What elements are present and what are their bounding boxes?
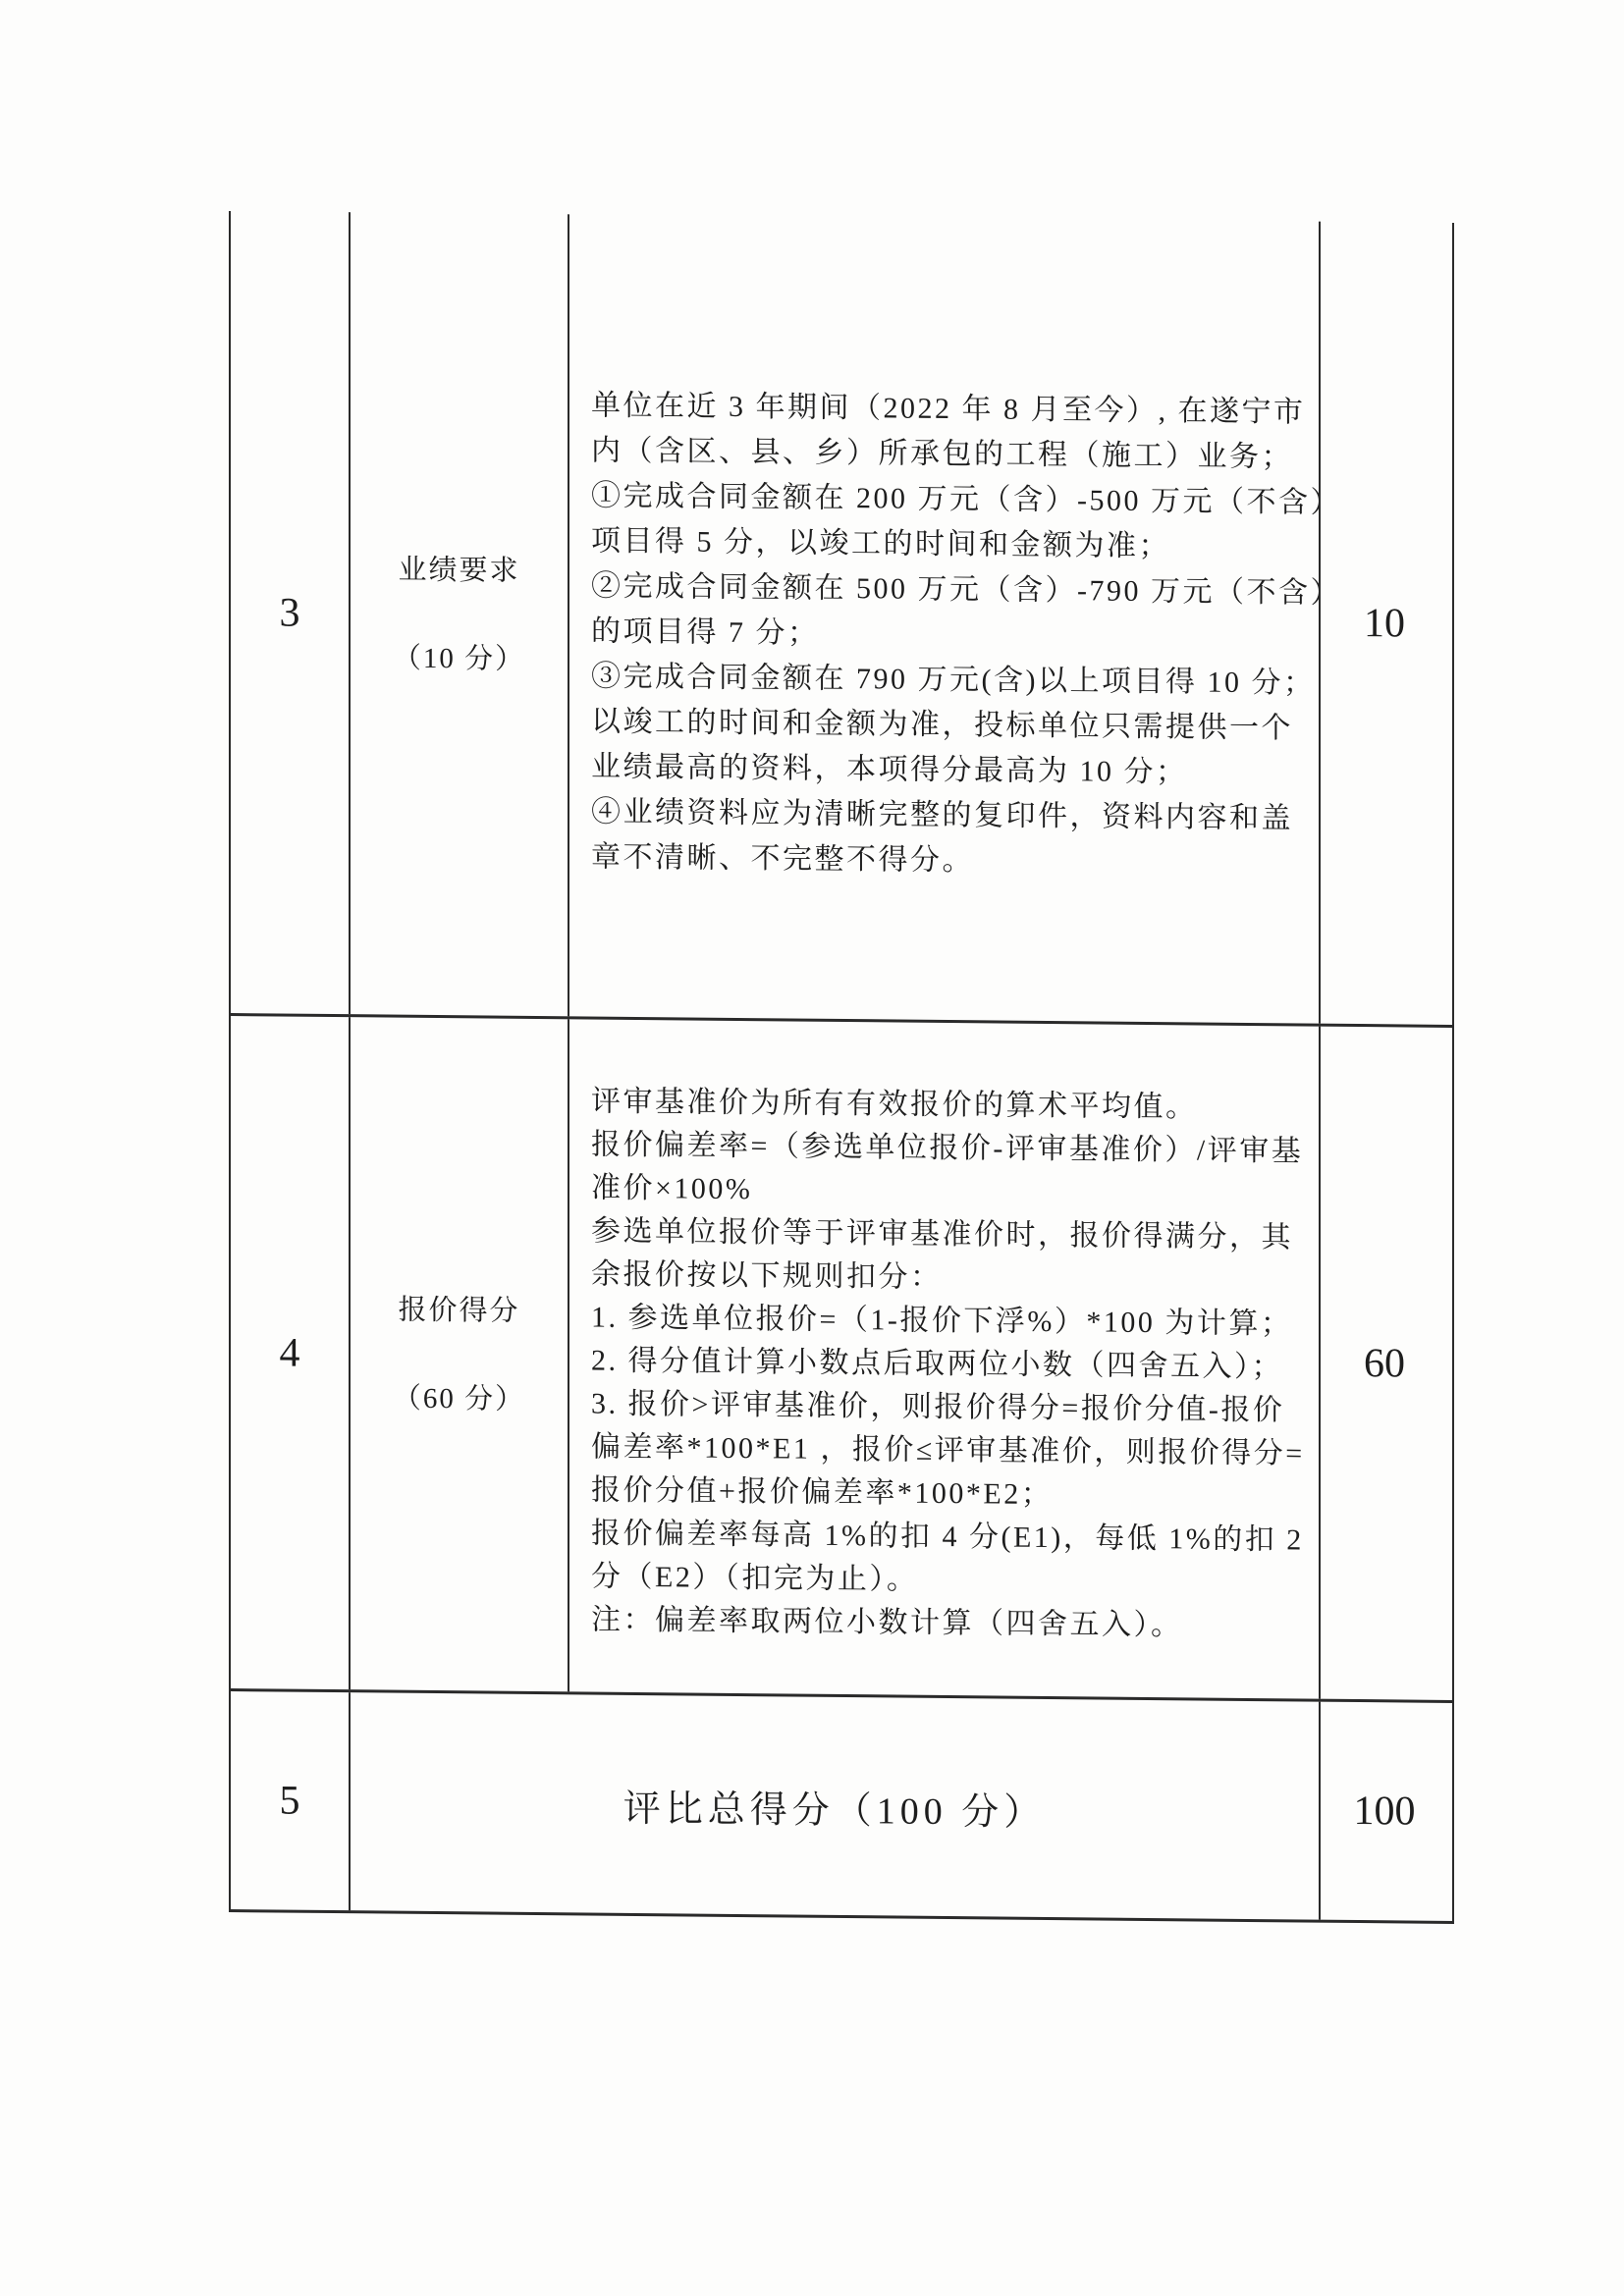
criteria-line: 报价偏差率每高 1%的扣 4 分(E1)，每低 1%的扣 2 — [591, 1513, 1313, 1563]
total-score-label-cell: 评比总得分（100 分） — [351, 1692, 1321, 1919]
item-score-note: （10 分） — [393, 635, 525, 681]
criteria-line: 以竣工的时间和金额为准，投标单位只需提供一个 — [591, 700, 1313, 752]
score-cell: 60 — [1321, 1027, 1448, 1700]
criteria-line: 分（E2）（扣完为止）。 — [591, 1556, 1313, 1606]
criteria-line: 内（含区、县、乡）所承包的工程（施工）业务； — [591, 429, 1313, 481]
document-page: 3 业绩要求 （10 分） 单位在近 3 年期间（2022 年 8 月至今）, … — [0, 0, 1624, 2296]
score-cell: 10 — [1321, 222, 1448, 1025]
criteria-line: 注：偏差率取两位小数计算（四舍五入）。 — [591, 1599, 1313, 1649]
table-row-performance: 3 业绩要求 （10 分） 单位在近 3 年期间（2022 年 8 月至今）, … — [231, 211, 1452, 1025]
criteria-line: 章不清晰、不完整不得分。 — [591, 835, 1313, 887]
score-value: 100 — [1354, 1788, 1416, 1836]
criteria-line: ②完成合同金额在 500 万元（含）-790 万元（不含） — [591, 564, 1313, 616]
row-index: 5 — [280, 1777, 300, 1824]
criteria-cell: 单位在近 3 年期间（2022 年 8 月至今）, 在遂宁市内（含区、县、乡）所… — [569, 214, 1321, 1023]
table-row-total: 5 评比总得分（100 分） 100 — [231, 1688, 1452, 1921]
score-cell: 100 — [1321, 1702, 1448, 1921]
criteria-line: 余报价按以下规则扣分： — [591, 1254, 1313, 1304]
item-title: 报价得分 — [398, 1287, 519, 1333]
item-score-note: （60 分） — [393, 1375, 525, 1421]
criteria-line: 3. 报价>评审基准价，则报价得分=报价分值-报价 — [591, 1383, 1313, 1433]
criteria-line: 业绩最高的资料，本项得分最高为 10 分； — [591, 745, 1313, 797]
total-score-label: 评比总得分（100 分） — [623, 1777, 1047, 1835]
criteria-line: ①完成合同金额在 200 万元（含）-500 万元（不含） — [591, 474, 1313, 526]
criteria-line: 单位在近 3 年期间（2022 年 8 月至今）, 在遂宁市 — [591, 384, 1313, 436]
row-index-cell: 5 — [231, 1691, 351, 1910]
criteria-line: 1. 参选单位报价=（1-报价下浮%）*100 为计算； — [591, 1297, 1313, 1347]
row-index: 4 — [280, 1329, 300, 1376]
criteria-line: ③完成合同金额在 790 万元(含)以上项目得 10 分； — [591, 655, 1313, 707]
criteria-line: 报价偏差率=（参选单位报价-评审基准价）/评审基 — [591, 1124, 1313, 1174]
criteria-line: 准价×100% — [591, 1167, 1313, 1217]
item-name-cell: 报价得分 （60 分） — [351, 1017, 569, 1691]
row-index-cell: 3 — [231, 211, 351, 1014]
score-value: 10 — [1364, 600, 1405, 647]
row-index-cell: 4 — [231, 1016, 351, 1689]
evaluation-score-table: 3 业绩要求 （10 分） 单位在近 3 年期间（2022 年 8 月至今）, … — [229, 211, 1454, 1924]
criteria-line: 评审基准价为所有有效报价的算术平均值。 — [591, 1081, 1313, 1131]
row-index: 3 — [280, 589, 300, 636]
item-title: 业绩要求 — [398, 547, 519, 593]
table-row-price-score: 4 报价得分 （60 分） 评审基准价为所有有效报价的算术平均值。报价偏差率=（… — [231, 1013, 1452, 1700]
score-value: 60 — [1364, 1340, 1405, 1387]
criteria-line: 报价分值+报价偏差率*100*E2； — [591, 1469, 1313, 1520]
criteria-line: ④业绩资料应为清晰完整的复印件，资料内容和盖 — [591, 790, 1313, 842]
criteria-line: 项目得 5 分，以竣工的时间和金额为准； — [591, 519, 1313, 571]
criteria-line: 参选单位报价等于评审基准价时，报价得满分，其 — [591, 1210, 1313, 1260]
item-name-cell: 业绩要求 （10 分） — [351, 212, 569, 1016]
criteria-cell: 评审基准价为所有有效报价的算术平均值。报价偏差率=（参选单位报价-评审基准价）/… — [569, 1019, 1321, 1698]
criteria-line: 偏差率*100*E1 ，报价≤评审基准价，则报价得分= — [591, 1426, 1313, 1476]
criteria-line: 2. 得分值计算小数点后取两位小数（四舍五入）； — [591, 1340, 1313, 1390]
criteria-line: 的项目得 7 分； — [591, 610, 1313, 662]
